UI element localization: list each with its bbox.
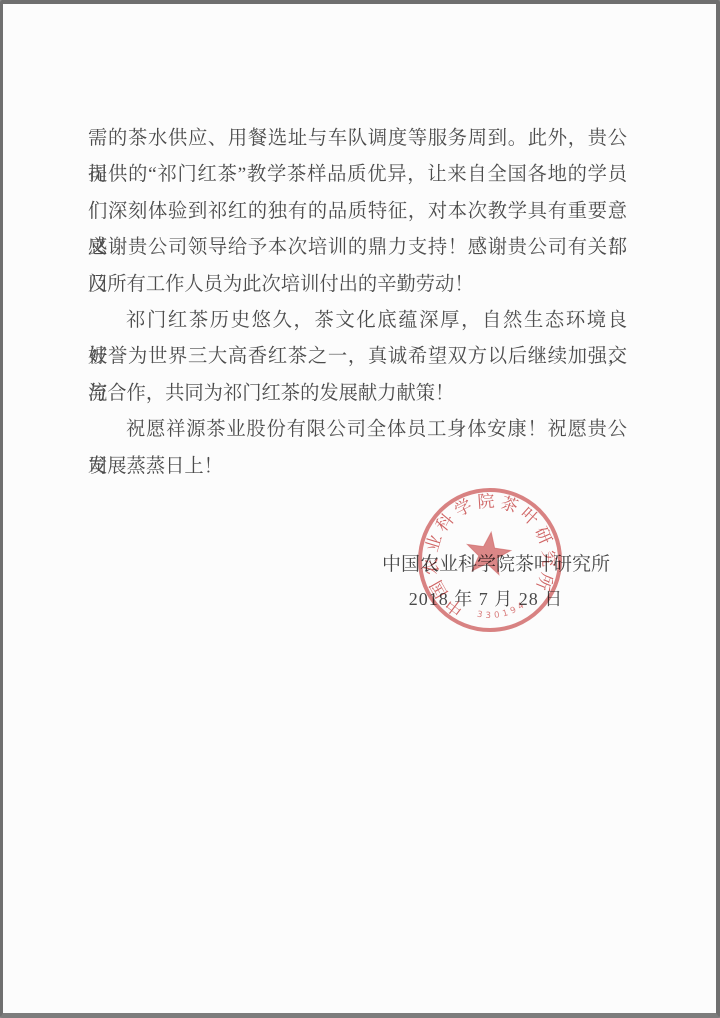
signature-date: 2018 年 7 月 28 日	[361, 585, 611, 613]
body-text-line: 被誉为世界三大高香红茶之一，真诚希望双方以后继续加强交流	[88, 339, 627, 375]
body-text-line: 需的茶水供应、用餐选址与车队调度等服务周到。此外，贵公司	[88, 121, 627, 157]
body-text-line: 们深刻体验到祁红的独有的品质特征，对本次教学具有重要意义！	[88, 194, 627, 230]
letter-body: 需的茶水供应、用餐选址与车队调度等服务周到。此外，贵公司 提供的“祁门红茶”教学…	[88, 121, 627, 485]
body-text-line: 与合作，共同为祁门红茶的发展献力献策！	[88, 376, 627, 412]
body-text-line: 祁门红茶历史悠久，茶文化底蕴深厚，自然生态环境良好，	[88, 303, 627, 339]
body-text-line: 及所有工作人员为此次培训付出的辛勤劳动！	[88, 267, 627, 303]
body-text-line: 提供的“祁门红茶”教学茶样品质优异，让来自全国各地的学员	[88, 157, 627, 193]
body-text-line: 祝愿祥源茶业股份有限公司全体员工身体安康！祝愿贵公司	[88, 412, 627, 448]
body-text-line: 感谢贵公司领导给予本次培训的鼎力支持！感谢贵公司有关部门	[88, 230, 627, 266]
body-text-line: 发展蒸蒸日上！	[88, 449, 627, 485]
signature-org: 中国农业科学院茶叶研究所	[371, 550, 621, 580]
letter-page: 需的茶水供应、用餐选址与车队调度等服务周到。此外，贵公司 提供的“祁门红茶”教学…	[0, 0, 720, 1018]
